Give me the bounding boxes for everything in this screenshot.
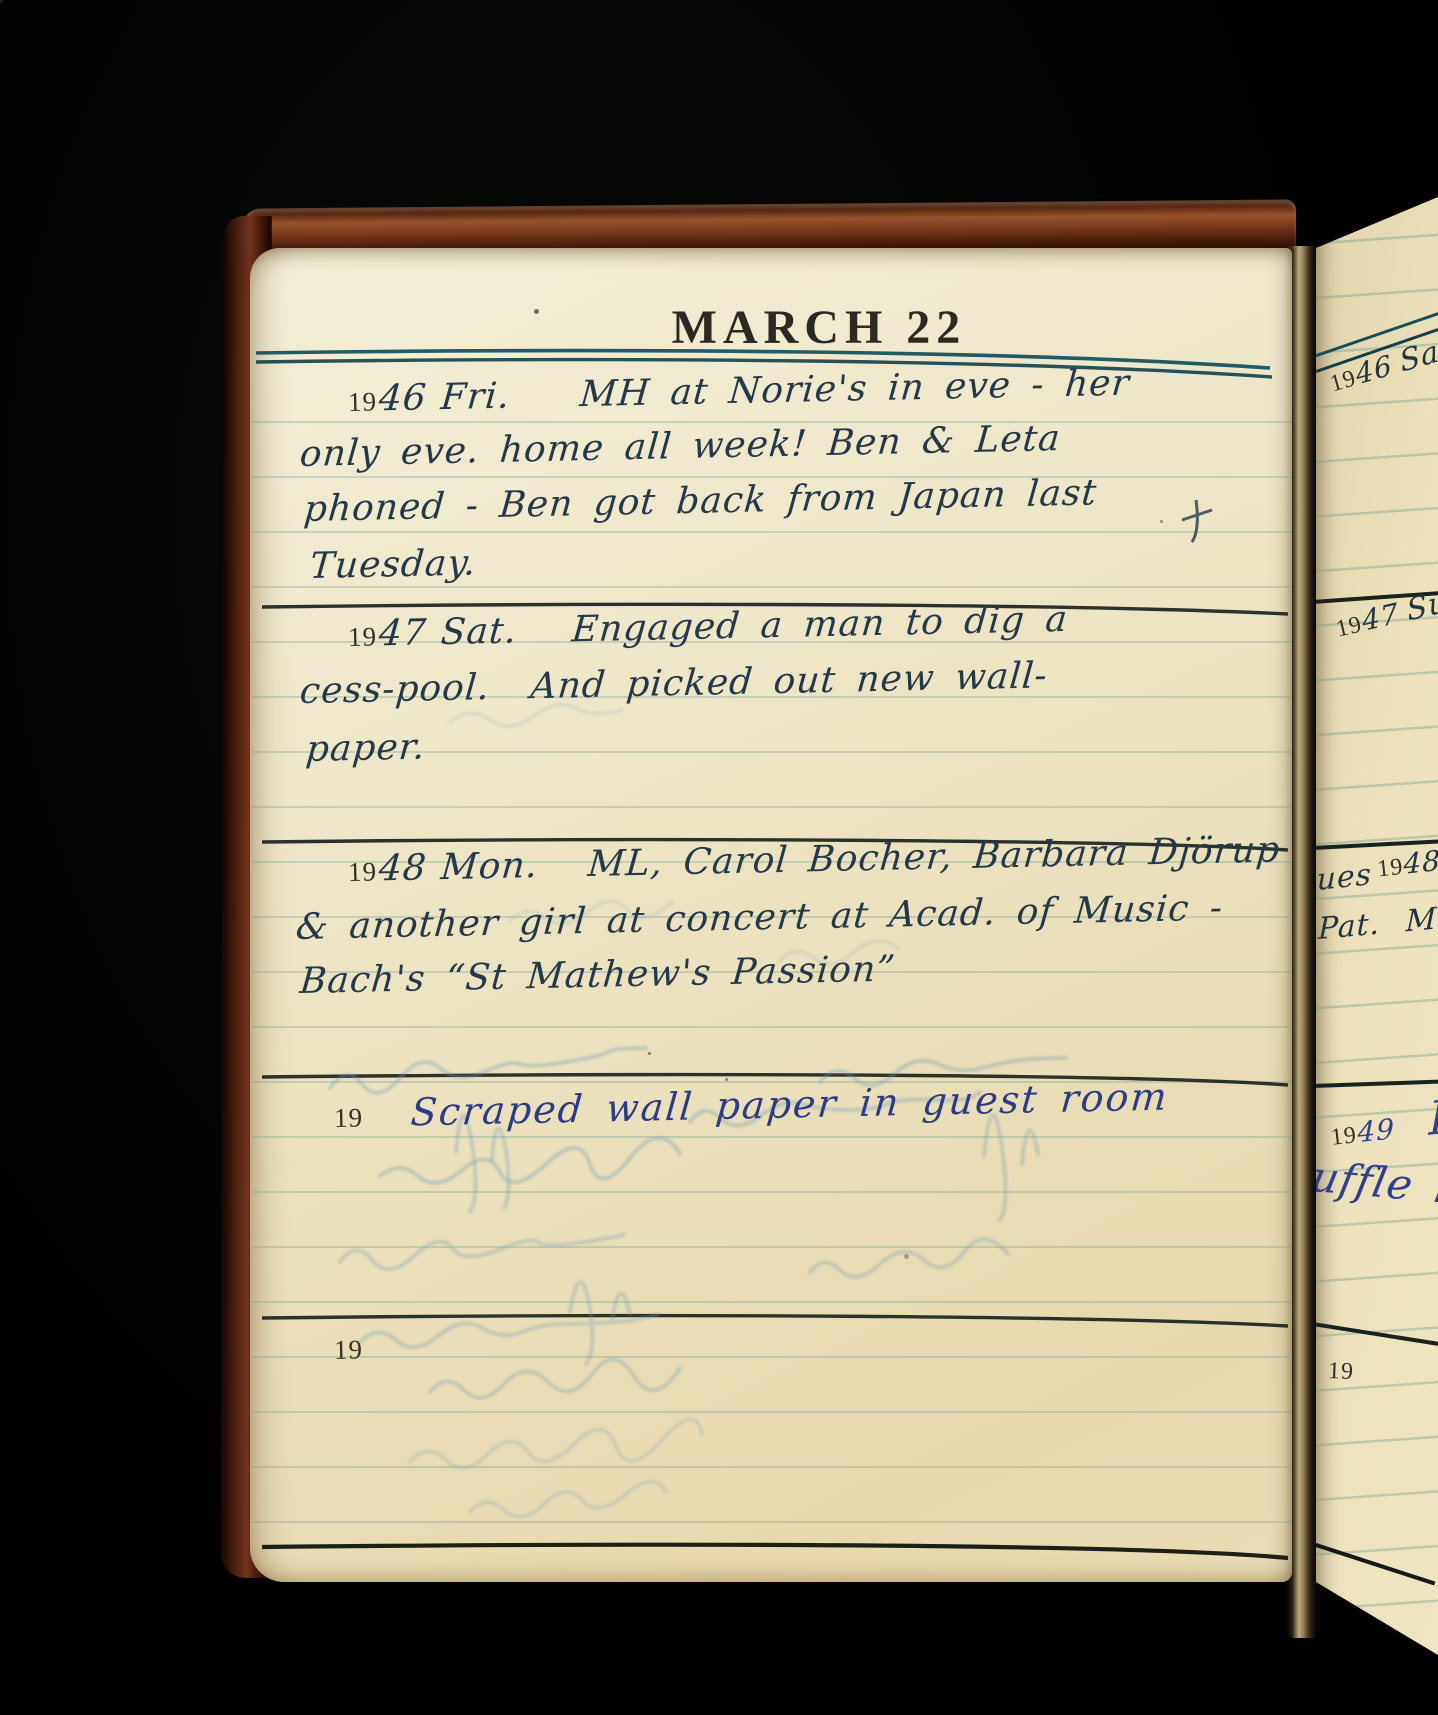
printed-year-prefix: 19 — [348, 856, 378, 888]
entry-text-fragment: M — [1406, 901, 1438, 939]
right-entry-blank-year: 19 — [1328, 1358, 1355, 1386]
ink-specks — [0, 0, 3, 3]
printed-year-prefix: 19 — [1328, 1358, 1355, 1386]
entry-1946-line-4: Tuesday. — [310, 543, 477, 587]
entry-text-fragment: ues — [1317, 857, 1372, 898]
handwritten-year: 48 — [377, 847, 428, 889]
printed-year-prefix: 19 — [348, 386, 378, 418]
printed-year-prefix: 19 — [1334, 611, 1365, 643]
day-of-week: Sat. — [439, 610, 518, 653]
entry-1947-line-3: paper. — [306, 727, 426, 770]
handwritten-year: 46 — [377, 377, 428, 419]
entry-text: paper. — [304, 726, 427, 770]
printed-year-prefix: 19 — [334, 1334, 364, 1366]
handwritten-year: 48 — [1404, 844, 1438, 881]
diary-right-page: 1946 Sat 1947 Sun ues 1948 Dent Pat. M 1… — [1316, 190, 1438, 1670]
printed-year-prefix: 19 — [348, 621, 378, 653]
handwritten-year: 47 — [1360, 596, 1401, 637]
printed-year-prefix: 19 — [334, 1102, 364, 1134]
day-of-week: Mon. — [439, 845, 540, 888]
day-of-week: Fri. — [439, 376, 512, 419]
diary-photo: MARCH 22 1946 Fri. MH at Norie's in eve … — [0, 0, 1438, 1715]
entry-text: Tuesday. — [308, 542, 478, 587]
handwritten-year: 47 — [377, 612, 428, 654]
entry-text-fragment: Pat. — [1318, 906, 1381, 947]
entry-text-fragment: B — [1428, 1088, 1438, 1146]
printed-year-prefix: 19 — [1330, 1122, 1359, 1152]
handwritten-year: 49 — [1358, 1112, 1395, 1149]
entry-blank-year: 19 — [334, 1334, 364, 1366]
printed-year-prefix: 19 — [1376, 854, 1405, 884]
page-date-header: MARCH 22 — [250, 300, 1340, 355]
